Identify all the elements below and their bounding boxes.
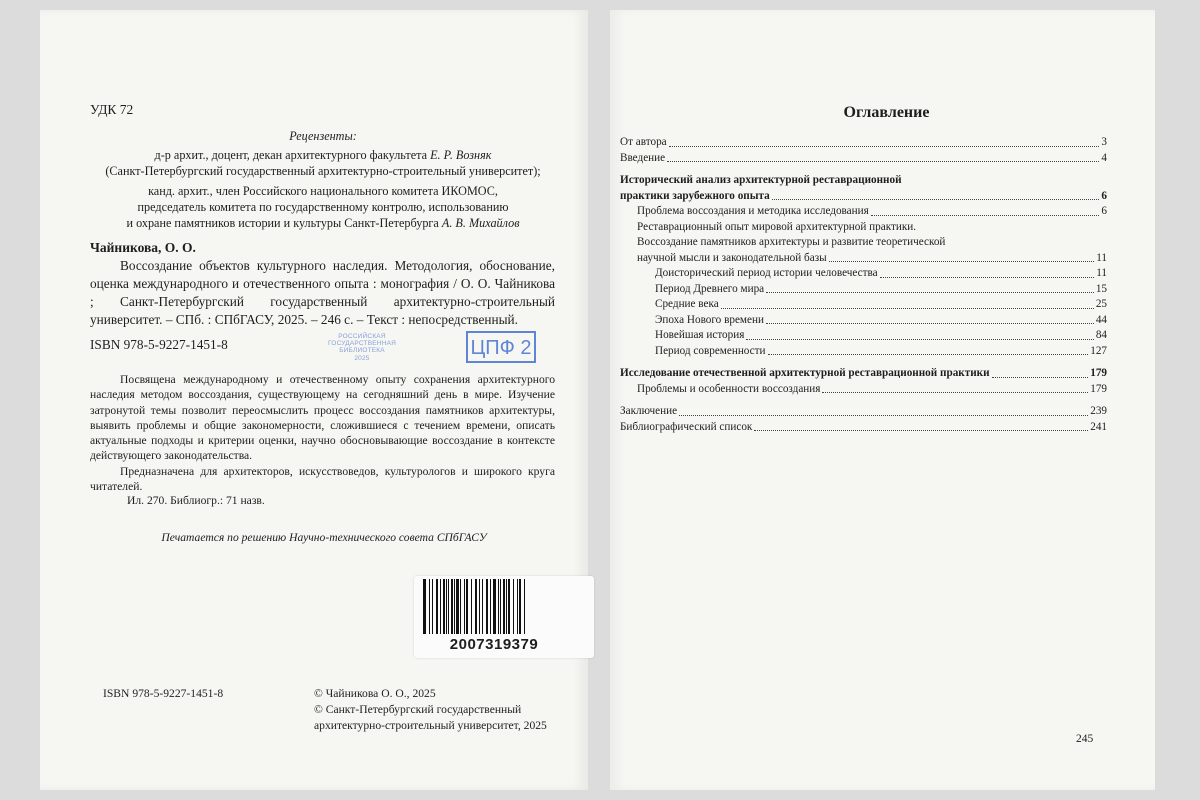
isbn-top: ISBN 978-5-9227-1451-8 [90, 337, 228, 353]
udk-code: УДК 72 [90, 102, 133, 118]
copyright: © Чайникова О. О., 2025 © Санкт-Петербур… [314, 686, 547, 734]
toc-entry[interactable]: Период современности127 [620, 344, 1107, 360]
toc-entry-label: Заключение [620, 404, 677, 420]
toc-entry[interactable]: Средние века25 [620, 297, 1107, 313]
page-number: 245 [1076, 733, 1093, 745]
barcode-number: 2007319379 [414, 636, 574, 653]
library-stamp-line: РОССИЙСКАЯ [322, 333, 402, 340]
toc-gap [620, 359, 1107, 366]
author-heading: Чайникова, О. О. [90, 240, 196, 256]
annotation-paragraph-1: Посвящена международному и отечественном… [90, 372, 555, 464]
barcode-icon [421, 579, 585, 634]
toc-leader-dots [766, 323, 1094, 324]
toc-entry[interactable]: Новейшая история84 [620, 328, 1107, 344]
toc-leader-dots [871, 215, 1100, 216]
library-stamp-line: 2025 [322, 355, 402, 362]
toc-entry-page: 11 [1096, 266, 1107, 282]
toc-entry[interactable]: Проблемы и особенности воссоздания179 [620, 382, 1107, 398]
toc-entry[interactable]: Исторический анализ архитектурной рестав… [620, 173, 1107, 189]
toc-entry[interactable]: практики зарубежного опыта6 [620, 189, 1107, 205]
toc-entry-label: Проблемы и особенности воссоздания [637, 382, 820, 398]
toc-entry-page: 6 [1101, 189, 1107, 205]
toc-entry-page: 127 [1090, 344, 1107, 360]
toc-entry-label: От автора [620, 135, 667, 151]
toc-entry-label: Эпоха Нового времени [655, 313, 764, 329]
toc-entry-page: 179 [1090, 366, 1107, 382]
left-page: УДК 72 Рецензенты: д-р архит., доцент, д… [40, 10, 588, 790]
library-stamp-line: БИБЛИОТЕКА [322, 347, 402, 354]
toc-entry[interactable]: Эпоха Нового времени44 [620, 313, 1107, 329]
toc-entry-page: 241 [1090, 420, 1107, 436]
toc-leader-dots [667, 161, 1099, 162]
toc-leader-dots [992, 377, 1089, 378]
toc-entry-label: Проблема воссоздания и методика исследов… [637, 204, 869, 220]
toc-leader-dots [772, 199, 1100, 200]
toc-leader-dots [679, 415, 1088, 416]
toc-entry-label: Исторический анализ архитектурной рестав… [620, 173, 902, 189]
toc-entry-page: 11 [1096, 251, 1107, 267]
toc-entry-label: Средние века [655, 297, 719, 313]
annotation-paragraph-2: Предназначена для архитекторов, искусств… [90, 464, 555, 495]
toc-entry-page: 4 [1101, 151, 1107, 167]
table-of-contents: От автора3Введение4Исторический анализ а… [620, 135, 1107, 435]
toc-entry-label: Реставрационный опыт мировой архитектурн… [637, 220, 916, 236]
reviewers-block: Рецензенты: д-р архит., доцент, декан ар… [100, 128, 546, 235]
toc-gap [620, 397, 1107, 404]
toc-entry-page: 25 [1096, 297, 1107, 313]
toc-entry[interactable]: Реставрационный опыт мировой архитектурн… [620, 220, 1107, 236]
reviewer-1: д-р архит., доцент, декан архитектурного… [100, 147, 546, 179]
toc-entry-label: Воссоздание памятников архитектуры и раз… [637, 235, 945, 251]
right-page: Оглавление От автора3Введение4Историческ… [610, 10, 1155, 790]
reviewer-1-name: Е. Р. Возняк [430, 148, 491, 162]
toc-entry[interactable]: научной мысли и законодательной базы11 [620, 251, 1107, 267]
reviewer-2: канд. архит., член Российского националь… [100, 183, 546, 231]
toc-entry[interactable]: Заключение239 [620, 404, 1107, 420]
toc-leader-dots [746, 339, 1093, 340]
toc-entry-page: 84 [1096, 328, 1107, 344]
toc-leader-dots [829, 261, 1095, 262]
library-stamp: РОССИЙСКАЯГОСУДАРСТВЕННАЯБИБЛИОТЕКА2025 [322, 333, 402, 365]
bibliographic-record: Воссоздание объектов культурного наследи… [90, 257, 555, 329]
toc-leader-dots [822, 392, 1088, 393]
toc-entry-label: Новейшая история [655, 328, 744, 344]
annotation: Посвящена международному и отечественном… [90, 372, 555, 494]
toc-entry[interactable]: Исследование отечественной архитектурной… [620, 366, 1107, 382]
toc-title: Оглавление [610, 104, 1155, 122]
toc-entry[interactable]: От автора3 [620, 135, 1107, 151]
isbn-bottom: ISBN 978-5-9227-1451-8 [103, 687, 223, 700]
toc-entry-label: научной мысли и законодательной базы [637, 251, 827, 267]
toc-entry[interactable]: Библиографический список241 [620, 420, 1107, 436]
toc-leader-dots [721, 308, 1094, 309]
toc-leader-dots [669, 146, 1100, 147]
toc-entry-page: 6 [1101, 204, 1107, 220]
toc-entry-label: Период современности [655, 344, 766, 360]
toc-entry-page: 44 [1096, 313, 1107, 329]
toc-entry[interactable]: Период Древнего мира15 [620, 282, 1107, 298]
illustrations-count: Ил. 270. Библиогр.: 71 назв. [127, 494, 265, 507]
toc-entry-page: 239 [1090, 404, 1107, 420]
toc-entry-label: Библиографический список [620, 420, 752, 436]
barcode-label: 2007319379 [414, 576, 594, 658]
cpf-stamp: ЦПФ 2 [466, 331, 536, 363]
toc-entry-label: практики зарубежного опыта [620, 189, 770, 205]
toc-entry[interactable]: Воссоздание памятников архитектуры и раз… [620, 235, 1107, 251]
toc-leader-dots [754, 430, 1088, 431]
toc-entry-page: 15 [1096, 282, 1107, 298]
toc-entry-label: Введение [620, 151, 665, 167]
reviewers-header: Рецензенты: [100, 128, 546, 144]
toc-leader-dots [766, 292, 1094, 293]
toc-entry-label: Исследование отечественной архитектурной… [620, 366, 990, 382]
toc-entry-page: 179 [1090, 382, 1107, 398]
toc-entry[interactable]: Доисторический период истории человечест… [620, 266, 1107, 282]
toc-entry[interactable]: Проблема воссоздания и методика исследов… [620, 204, 1107, 220]
toc-leader-dots [880, 277, 1095, 278]
toc-entry-label: Доисторический период истории человечест… [655, 266, 878, 282]
print-decision: Печатается по решению Научно-техническог… [40, 531, 588, 544]
toc-leader-dots [768, 354, 1089, 355]
toc-gap [620, 166, 1107, 173]
toc-entry-label: Период Древнего мира [655, 282, 764, 298]
library-stamp-line: ГОСУДАРСТВЕННАЯ [322, 340, 402, 347]
toc-entry[interactable]: Введение4 [620, 151, 1107, 167]
toc-entry-page: 3 [1101, 135, 1107, 151]
reviewer-2-name: А. В. Михайлов [442, 216, 520, 230]
